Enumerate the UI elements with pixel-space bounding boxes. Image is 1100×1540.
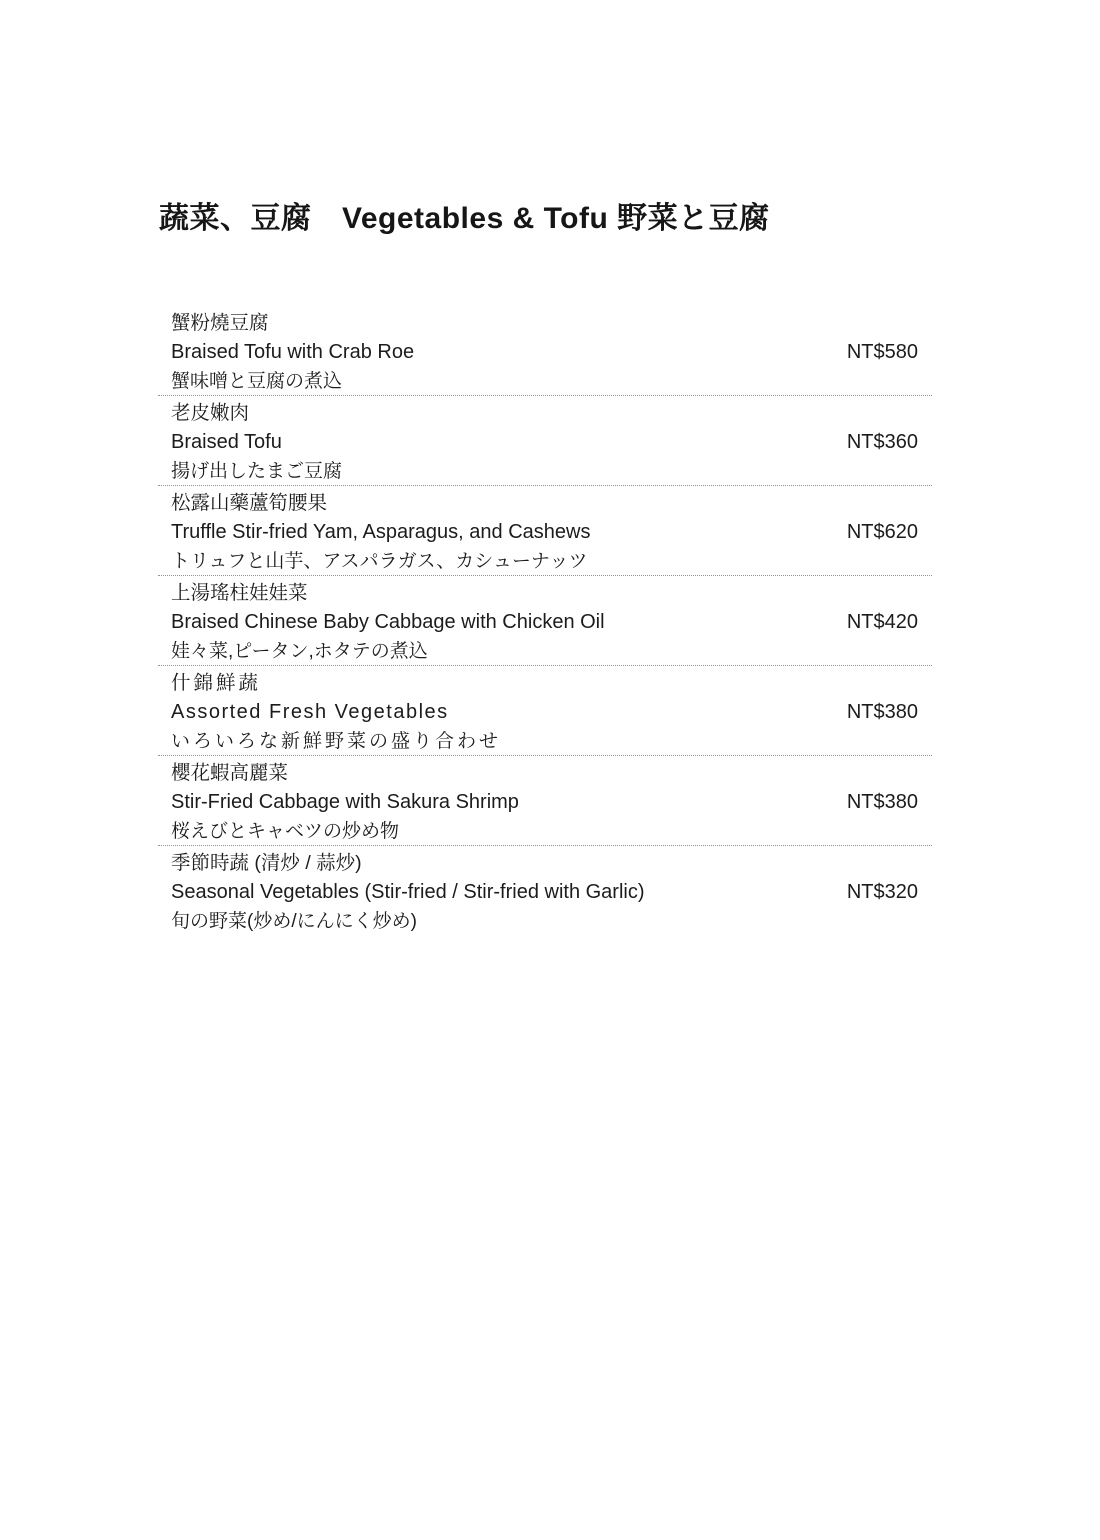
item-name-ja: 蟹味噌と豆腐の煮込 (171, 367, 918, 396)
item-price: NT$360 (827, 428, 918, 457)
item-name-en: Braised Chinese Baby Cabbage with Chicke… (171, 608, 605, 637)
item-name-ja: トリュフと山芋、アスパラガス、カシューナッツ (171, 547, 918, 576)
item-name-ja: 揚げ出したまご豆腐 (171, 457, 918, 486)
menu-item: 老皮嫩肉 Braised Tofu NT$360 揚げ出したまご豆腐 (158, 396, 932, 486)
item-name-ja: 旬の野菜(炒め/にんにく炒め) (171, 907, 918, 936)
item-name-en: Braised Tofu with Crab Roe (171, 338, 414, 367)
item-name-ja: 桜えびとキャベツの炒め物 (171, 817, 918, 846)
item-price: NT$620 (827, 518, 918, 547)
item-name-en: Assorted Fresh Vegetables (171, 698, 449, 727)
item-price: NT$420 (827, 608, 918, 637)
item-name-ja: 娃々菜,ピータン,ホタテの煮込 (171, 637, 918, 666)
menu-page: 蔬菜、豆腐 Vegetables & Tofu 野菜と豆腐 蟹粉燒豆腐 Brai… (0, 0, 1100, 1540)
menu-item: 什錦鮮蔬 Assorted Fresh Vegetables NT$380 いろ… (158, 666, 932, 756)
item-name-zh: 櫻花蝦高麗菜 (171, 759, 918, 788)
item-name-ja: いろいろな新鮮野菜の盛り合わせ (171, 727, 918, 756)
menu-item: 季節時蔬 (清炒 / 蒜炒) Seasonal Vegetables (Stir… (158, 846, 932, 936)
item-english-row: Assorted Fresh Vegetables NT$380 (171, 698, 918, 727)
menu-list: 蟹粉燒豆腐 Braised Tofu with Crab Roe NT$580 … (158, 306, 932, 936)
item-name-zh: 老皮嫩肉 (171, 399, 918, 428)
item-price: NT$380 (827, 788, 918, 817)
item-name-zh: 松露山藥蘆筍腰果 (171, 489, 918, 518)
item-price: NT$580 (827, 338, 918, 367)
item-english-row: Stir-Fried Cabbage with Sakura Shrimp NT… (171, 788, 918, 817)
item-english-row: Braised Chinese Baby Cabbage with Chicke… (171, 608, 918, 637)
menu-item: 松露山藥蘆筍腰果 Truffle Stir-fried Yam, Asparag… (158, 486, 932, 576)
item-name-zh: 蟹粉燒豆腐 (171, 309, 918, 338)
item-price: NT$320 (827, 878, 918, 907)
item-english-row: Seasonal Vegetables (Stir-fried / Stir-f… (171, 878, 918, 907)
section-title: 蔬菜、豆腐 Vegetables & Tofu 野菜と豆腐 (159, 193, 770, 237)
item-name-zh: 什錦鮮蔬 (171, 669, 918, 698)
item-name-en: Truffle Stir-fried Yam, Asparagus, and C… (171, 518, 590, 547)
menu-item: 蟹粉燒豆腐 Braised Tofu with Crab Roe NT$580 … (158, 306, 932, 396)
item-english-row: Truffle Stir-fried Yam, Asparagus, and C… (171, 518, 918, 547)
item-name-zh: 季節時蔬 (清炒 / 蒜炒) (171, 849, 918, 878)
item-price: NT$380 (827, 698, 918, 727)
item-name-en: Stir-Fried Cabbage with Sakura Shrimp (171, 788, 519, 817)
item-name-en: Braised Tofu (171, 428, 282, 457)
item-english-row: Braised Tofu NT$360 (171, 428, 918, 457)
item-name-en: Seasonal Vegetables (Stir-fried / Stir-f… (171, 878, 645, 907)
item-name-zh: 上湯瑤柱娃娃菜 (171, 579, 918, 608)
item-english-row: Braised Tofu with Crab Roe NT$580 (171, 338, 918, 367)
menu-item: 櫻花蝦高麗菜 Stir-Fried Cabbage with Sakura Sh… (158, 756, 932, 846)
menu-item: 上湯瑤柱娃娃菜 Braised Chinese Baby Cabbage wit… (158, 576, 932, 666)
